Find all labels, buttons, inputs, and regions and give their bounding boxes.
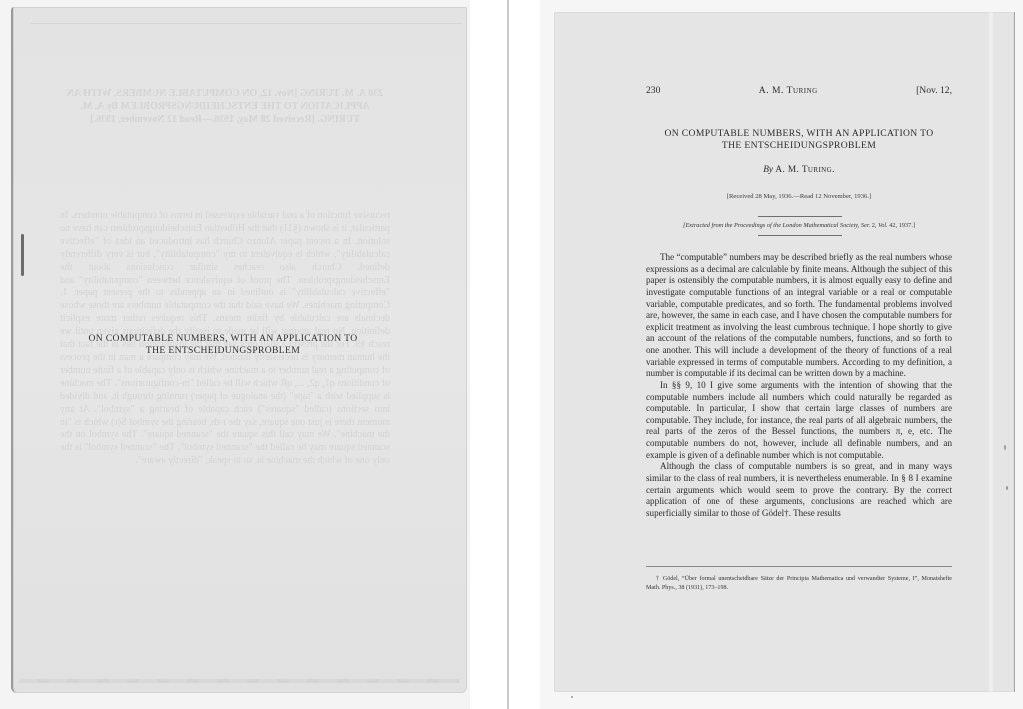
- extracted-series: 2,: [872, 222, 877, 229]
- paper-title: ON COMPUTABLE NUMBERS, WITH AN APPLICATI…: [646, 128, 952, 151]
- page-fold-highlight: [988, 12, 994, 692]
- extracted-note: [Extracted from the Proceedings of the L…: [646, 222, 952, 229]
- show-through-header: 230 A. M. TURING [Nov. 12, ON COMPUTABLE…: [60, 88, 390, 127]
- torn-bottom-edge: [19, 679, 459, 683]
- binding-mark: [21, 234, 24, 276]
- paper-title-line-1: ON COMPUTABLE NUMBERS, WITH AN APPLICATI…: [646, 128, 952, 140]
- cover-title-line-1: ON COMPUTABLE NUMBERS, WITH AN APPLICATI…: [62, 333, 384, 345]
- body-text: The “computable” numbers may be describe…: [646, 252, 952, 519]
- footnote: † Gödel, “Über formal unentscheidbare Sä…: [646, 575, 952, 593]
- received-note: [Received 28 May, 1936.—Read 12 November…: [646, 193, 952, 200]
- inner-page-edge: [31, 23, 461, 24]
- paragraph-2: In §§ 9, 10 I give some arguments with t…: [646, 380, 952, 461]
- paragraph-1: The “computable” numbers may be describe…: [646, 252, 952, 380]
- page-divider: [507, 0, 509, 709]
- paragraph-3: Although the class of computable numbers…: [646, 461, 952, 519]
- cover-title: ON COMPUTABLE NUMBERS, WITH AN APPLICATI…: [62, 333, 384, 356]
- footnote-rule: [646, 566, 952, 567]
- byline-by: By: [763, 165, 773, 175]
- scan-speck: [1004, 445, 1006, 450]
- rule-bottom: [758, 235, 842, 236]
- byline: By A. M. Turing.: [646, 165, 952, 175]
- date-mark: [Nov. 12,: [916, 85, 952, 96]
- cover-title-line-2: THE ENTSCHEIDUNGSPROBLEM: [62, 345, 384, 357]
- left-page-scan: 230 A. M. TURING [Nov. 12, ON COMPUTABLE…: [0, 0, 470, 709]
- byline-author: A. M. Turing.: [775, 165, 834, 175]
- extracted-vol-label: Vol.: [878, 222, 888, 229]
- running-head-author: A. M. Turing: [759, 85, 818, 96]
- extracted-prefix: [Extracted from the Proceedings of the L…: [683, 222, 870, 229]
- extracted-vol: 42, 1937.]: [889, 222, 915, 229]
- two-page-spread: 230 A. M. TURING [Nov. 12, ON COMPUTABLE…: [0, 0, 1023, 709]
- show-through-body: recursive function of a real variable ex…: [60, 210, 390, 590]
- rule-top: [758, 216, 842, 217]
- running-head: 230 A. M. Turing [Nov. 12,: [646, 85, 952, 99]
- scan-speck: [571, 696, 573, 698]
- paper-title-line-2: THE ENTSCHEIDUNGSPROBLEM: [646, 140, 952, 152]
- footnote-godel: † Gödel, “Über formal unentscheidbare Sä…: [646, 575, 952, 593]
- scan-speck: [1006, 486, 1008, 490]
- page-number: 230: [646, 85, 660, 96]
